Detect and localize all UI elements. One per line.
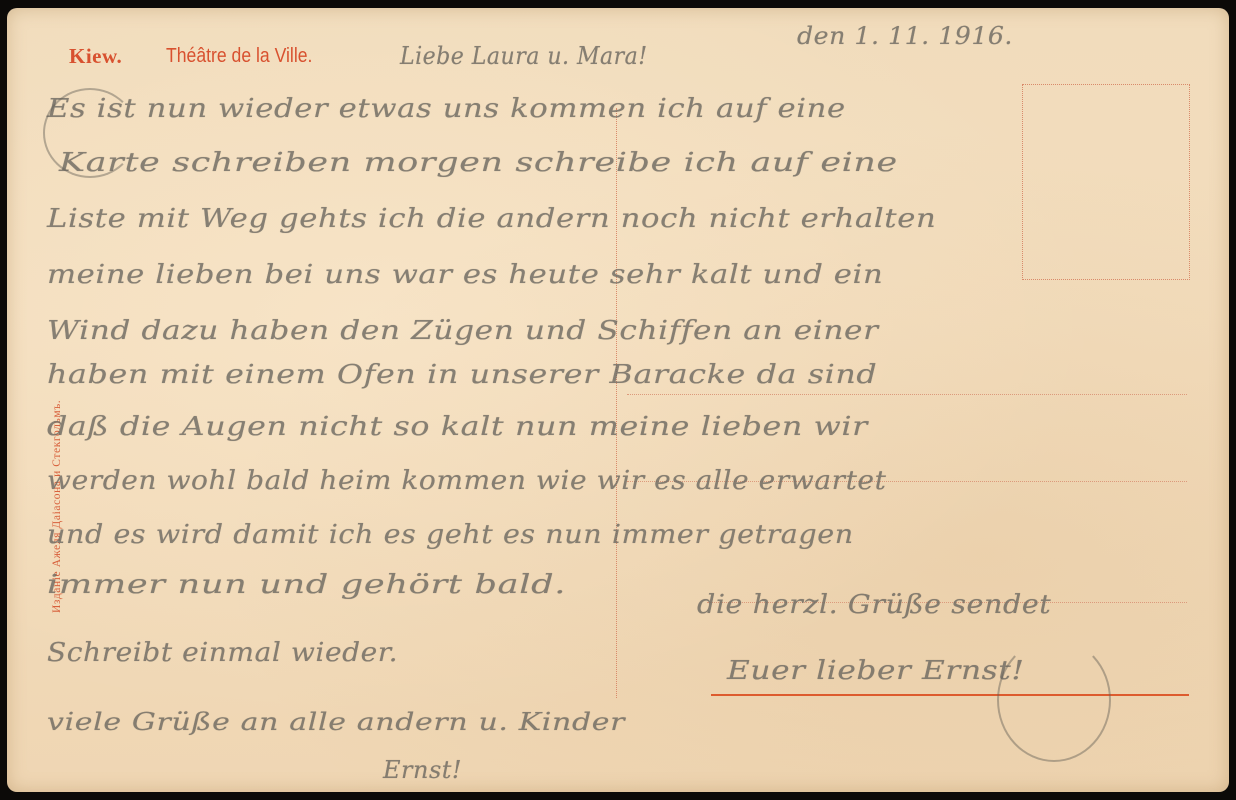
postcard-back: Kiew. Théâtre de la Ville. Изданіе Ажеля…	[7, 8, 1229, 792]
handwritten-salutation: Liebe Laura u. Mara!	[400, 42, 648, 70]
handwritten-line-1: Es ist nun wieder etwas uns kommen ich a…	[47, 94, 846, 124]
handwritten-closing: die herzl. Grüße sendet	[697, 590, 1051, 620]
handwritten-line-10: immer nun und gehört bald.	[47, 570, 566, 600]
handwritten-line-2: Karte schreiben morgen schreibe ich auf …	[59, 148, 898, 178]
handwritten-line-12: viele Grüße an alle andern u. Kinder	[47, 708, 625, 736]
handwritten-line-5: Wind dazu haben den Zügen und Schiffen a…	[47, 316, 879, 346]
printed-caption: Théâtre de la Ville.	[166, 45, 312, 68]
handwritten-date: den 1. 11. 1916.	[797, 22, 1013, 50]
handwritten-line-9: und es wird damit ich es geht es nun imm…	[47, 520, 854, 550]
handwritten-line-3: Liste mit Weg gehts ich die andern noch …	[47, 204, 936, 234]
signature-flourish	[997, 638, 1111, 762]
handwritten-line-13: Ernst!	[383, 756, 462, 784]
handwritten-line-6: haben mit einem Ofen in unserer Baracke …	[47, 360, 877, 390]
handwritten-line-4: meine lieben bei uns war es heute sehr k…	[47, 260, 883, 290]
printed-city-title: Kiew.	[69, 44, 122, 69]
handwritten-signature: Euer lieber Ernst!	[727, 656, 1025, 686]
address-underline	[711, 694, 1189, 696]
address-line-1	[627, 394, 1187, 395]
handwritten-line-7: daß die Augen nicht so kalt nun meine li…	[47, 412, 868, 442]
handwritten-line-8: werden wohl bald heim kommen wie wir es …	[47, 466, 886, 496]
message-address-divider	[616, 108, 617, 698]
capital-flourish	[43, 88, 137, 178]
handwritten-line-11: Schreibt einmal wieder.	[47, 638, 398, 668]
stamp-box	[1022, 84, 1190, 280]
